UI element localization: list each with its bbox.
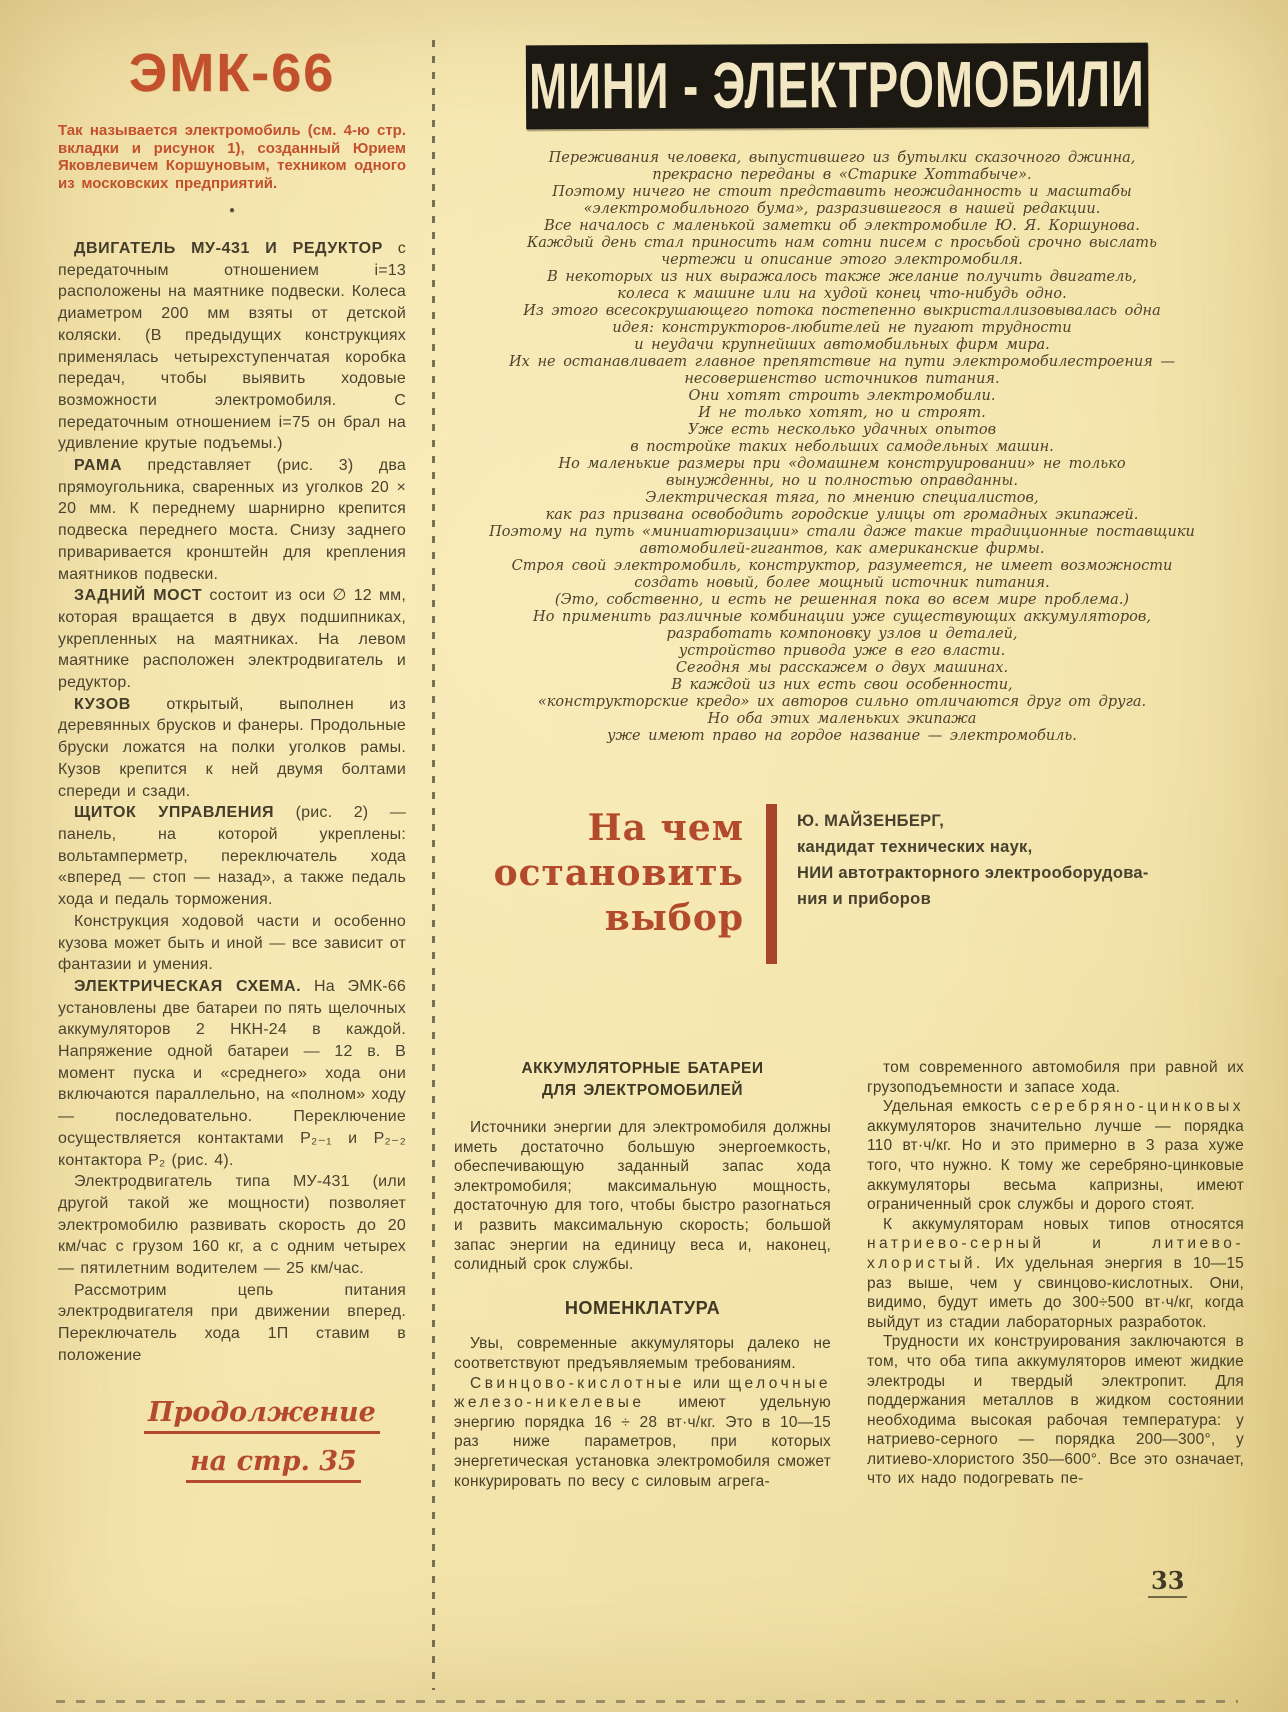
- intro-line: Уже есть несколько удачных опытов: [446, 422, 1238, 439]
- paragraph-lead-in: ЗАДНИЙ МОСТ: [74, 587, 202, 604]
- emk66-title: ЭМК-66: [58, 44, 406, 102]
- spaced-term: железо-никелевые: [454, 1394, 644, 1411]
- paragraph-text: К аккумуляторам новых типов относятся: [883, 1216, 1244, 1233]
- intro-line: вынужденны, но и полностью оправданны.: [446, 473, 1238, 490]
- intro-line: прекрасно переданы в «Старике Хоттабыче»…: [446, 167, 1238, 184]
- body-paragraph: ЗАДНИЙ МОСТ состоит из оси ∅ 12 мм, кото…: [58, 585, 406, 694]
- col1-paragraph-3: Свинцово-кислотные или щелочные железо-н…: [454, 1374, 831, 1492]
- paragraph-text: или: [685, 1375, 728, 1392]
- body-paragraph: РАМА представляет (рис. 3) два прямоугол…: [58, 455, 406, 585]
- continuation-line-1: Продолжение: [144, 1397, 380, 1434]
- paragraph-lead-in: РАМА: [74, 457, 122, 474]
- col2-paragraph-4: Трудности их конструирования заключаются…: [867, 1332, 1244, 1489]
- body-paragraph: Электродвигатель типа МУ-431 (или другой…: [58, 1171, 406, 1280]
- emk66-lead-paragraph: Так называется электромобиль (см. 4-ю ст…: [58, 122, 406, 192]
- battery-article-columns: АККУМУЛЯТОРНЫЕ БАТАРЕИ ДЛЯ ЭЛЕКТРОМОБИЛЕ…: [454, 1058, 1244, 1491]
- intro-line: Они хотят строить электромобили.: [446, 388, 1238, 405]
- paragraph-text: с передаточным отношением i=13 расположе…: [58, 240, 406, 452]
- intro-line: и неудачи крупнейших автомобильных фирм …: [446, 337, 1238, 354]
- intro-line: в постройке таких небольших самодельных …: [446, 439, 1238, 456]
- intro-line: создать новый, более мощный источник пит…: [446, 575, 1238, 592]
- col2-paragraph-2: Удельная емкость серебряно-цинковых акку…: [867, 1097, 1244, 1215]
- battery-article-col-1: АККУМУЛЯТОРНЫЕ БАТАРЕИ ДЛЯ ЭЛЕКТРОМОБИЛЕ…: [454, 1058, 831, 1491]
- col1-heading-line2: ДЛЯ ЭЛЕКТРОМОБИЛЕЙ: [542, 1082, 743, 1099]
- paragraph-text: аккумуляторов значительно лучше — порядк…: [867, 1118, 1244, 1213]
- continuation-line-2: на стр. 35: [186, 1446, 361, 1483]
- paragraph-lead-in: ЩИТОК УПРАВЛЕНИЯ: [74, 804, 274, 821]
- author-affiliation-cont: ния и приборов: [797, 886, 1149, 912]
- intro-line: Сегодня мы расскажем о двух машинах.: [446, 660, 1238, 677]
- col2-paragraph-1: том современного автомобиля при равной и…: [867, 1058, 1244, 1097]
- magazine-page: ЭМК-66 Так называется электромобиль (см.…: [0, 0, 1288, 1712]
- intro-line: Из этого всесокрушающего потока постепен…: [446, 303, 1238, 320]
- intro-line: несовершенство источников питания.: [446, 371, 1238, 388]
- intro-line: Строя свой электромобиль, конструктор, р…: [446, 558, 1238, 575]
- dashed-column-divider: [432, 40, 435, 1690]
- bottom-dashed-rule: [56, 1700, 1238, 1703]
- paragraph-text: Электродвигатель типа МУ-431 (или другой…: [58, 1173, 406, 1277]
- emk66-article-column: ЭМК-66 Так называется электромобиль (см.…: [58, 44, 406, 1483]
- continuation-note: Продолжение на стр. 35: [58, 1397, 406, 1483]
- intro-line: как раз призвана освободить городские ул…: [446, 507, 1238, 524]
- paragraph-lead-in: ЭЛЕКТРИЧЕСКАЯ СХЕМА.: [74, 978, 301, 995]
- col1-heading-line1: АККУМУЛЯТОРНЫЕ БАТАРЕИ: [521, 1060, 763, 1077]
- author-affiliation: НИИ автотракторного электрооборудова-: [797, 860, 1149, 886]
- emk66-body-paragraphs: ДВИГАТЕЛЬ МУ-431 И РЕДУКТОР с передаточн…: [58, 238, 406, 1367]
- col1-heading: АККУМУЛЯТОРНЫЕ БАТАРЕИ ДЛЯ ЭЛЕКТРОМОБИЛЕ…: [454, 1058, 831, 1102]
- col2-paragraph-3: К аккумуляторам новых типов относятся на…: [867, 1215, 1244, 1333]
- body-paragraph: ДВИГАТЕЛЬ МУ-431 И РЕДУКТОР с передаточн…: [58, 238, 406, 455]
- body-paragraph: КУЗОВ открытый, выполнен из деревянных б…: [58, 694, 406, 803]
- intro-line: устройство привода уже в его власти.: [446, 643, 1238, 660]
- paragraph-lead-in: КУЗОВ: [74, 696, 131, 713]
- intro-line: И не только хотят, но и строят.: [446, 405, 1238, 422]
- kicker-title: На чемостановитьвыбор: [446, 802, 744, 964]
- paragraph-text: представляет (рис. 3) два прямоугольника…: [58, 457, 406, 583]
- intro-line: В каждой из них есть свои особенности,: [446, 677, 1238, 694]
- intro-line: «конструкторские кредо» их авторов сильн…: [446, 694, 1238, 711]
- intro-line: Переживания человека, выпустившего из бу…: [446, 150, 1238, 167]
- battery-article-col-2: том современного автомобиля при равной и…: [867, 1058, 1244, 1491]
- paragraph-text: Удельная емкость: [883, 1098, 1031, 1115]
- byline-section: На чемостановитьвыбор Ю. МАЙЗЕНБЕРГ, кан…: [446, 802, 1238, 964]
- intro-line: чертежи и описание этого электромобиля.: [446, 252, 1238, 269]
- feature-headline-plate: МИНИ - ЭЛЕКТРОМОБИЛИ: [526, 43, 1148, 130]
- intro-line: идея: конструкторов-любителей не пугают …: [446, 320, 1238, 337]
- author-credential: кандидат технических наук,: [797, 834, 1149, 860]
- intro-line: автомобилей-гигантов, как американские ф…: [446, 541, 1238, 558]
- intro-line: Но применить различные комбинации уже су…: [446, 609, 1238, 626]
- body-paragraph: Рассмотрим цепь питания электродвигателя…: [58, 1280, 406, 1367]
- intro-line: колеса к машине или на худой конец что-н…: [446, 286, 1238, 303]
- intro-line: Все началось с маленькой заметки об элек…: [446, 218, 1238, 235]
- author-name: Ю. МАЙЗЕНБЕРГ,: [797, 808, 1149, 834]
- intro-line: Поэтому на путь «миниатюризации» стали д…: [446, 524, 1238, 541]
- paragraph-lead-in: ДВИГАТЕЛЬ МУ-431 И РЕДУКТОР: [74, 240, 383, 257]
- paragraph-text: Рассмотрим цепь питания электродвигателя…: [58, 1282, 406, 1364]
- intro-line: Поэтому ничего не стоит представить неож…: [446, 184, 1238, 201]
- intro-line: разработать компоновку узлов и деталей,: [446, 626, 1238, 643]
- intro-line: Но маленькие размеры при «домашнем конст…: [446, 456, 1238, 473]
- red-rule: [766, 804, 777, 964]
- paragraph-text: Конструкция ходовой части и особенно куз…: [58, 913, 406, 973]
- col1-paragraph-1: Источники энергии для электромобиля долж…: [454, 1118, 831, 1275]
- feature-headline: МИНИ - ЭЛЕКТРОМОБИЛИ: [529, 47, 1145, 125]
- kicker-line: остановить: [446, 851, 744, 896]
- kicker-line: На чем: [446, 806, 744, 851]
- col1-subheading: НОМЕНКЛАТУРА: [454, 1299, 831, 1319]
- spaced-term: Свинцово-кислотные: [470, 1375, 685, 1392]
- feature-intro: Переживания человека, выпустившего из бу…: [446, 150, 1238, 745]
- page-number: 33: [1148, 1566, 1187, 1598]
- spaced-term: серебряно-цинковых: [1031, 1098, 1244, 1115]
- intro-line: Каждый день стал приносить нам сотни пис…: [446, 235, 1238, 252]
- paragraph-text: На ЭМК-66 установлены две батареи по пят…: [58, 978, 406, 1169]
- intro-line: Электрическая тяга, по мнению специалист…: [446, 490, 1238, 507]
- body-paragraph: ЭЛЕКТРИЧЕСКАЯ СХЕМА. На ЭМК-66 установле…: [58, 976, 406, 1171]
- intro-line: В некоторых из них выражалось также жела…: [446, 269, 1238, 286]
- col1-paragraph-2: Увы, современные аккумуляторы далеко не …: [454, 1334, 831, 1373]
- dot-ornament-icon: ●: [58, 205, 406, 216]
- intro-line: (Это, собственно, и есть не решенная пок…: [446, 592, 1238, 609]
- author-block: Ю. МАЙЗЕНБЕРГ, кандидат технических наук…: [797, 802, 1149, 964]
- intro-line: Их не останавливает главное препятствие …: [446, 354, 1238, 371]
- intro-line: Но оба этих маленьких экипажа: [446, 711, 1238, 728]
- intro-line: уже имеют право на гордое название — эле…: [446, 728, 1238, 745]
- kicker-line: выбор: [446, 896, 744, 941]
- body-paragraph: Конструкция ходовой части и особенно куз…: [58, 911, 406, 976]
- intro-line: «электромобильного бума», разразившегося…: [446, 201, 1238, 218]
- body-paragraph: ЩИТОК УПРАВЛЕНИЯ (рис. 2) — панель, на к…: [58, 802, 406, 911]
- spaced-term: щелочные: [728, 1375, 831, 1392]
